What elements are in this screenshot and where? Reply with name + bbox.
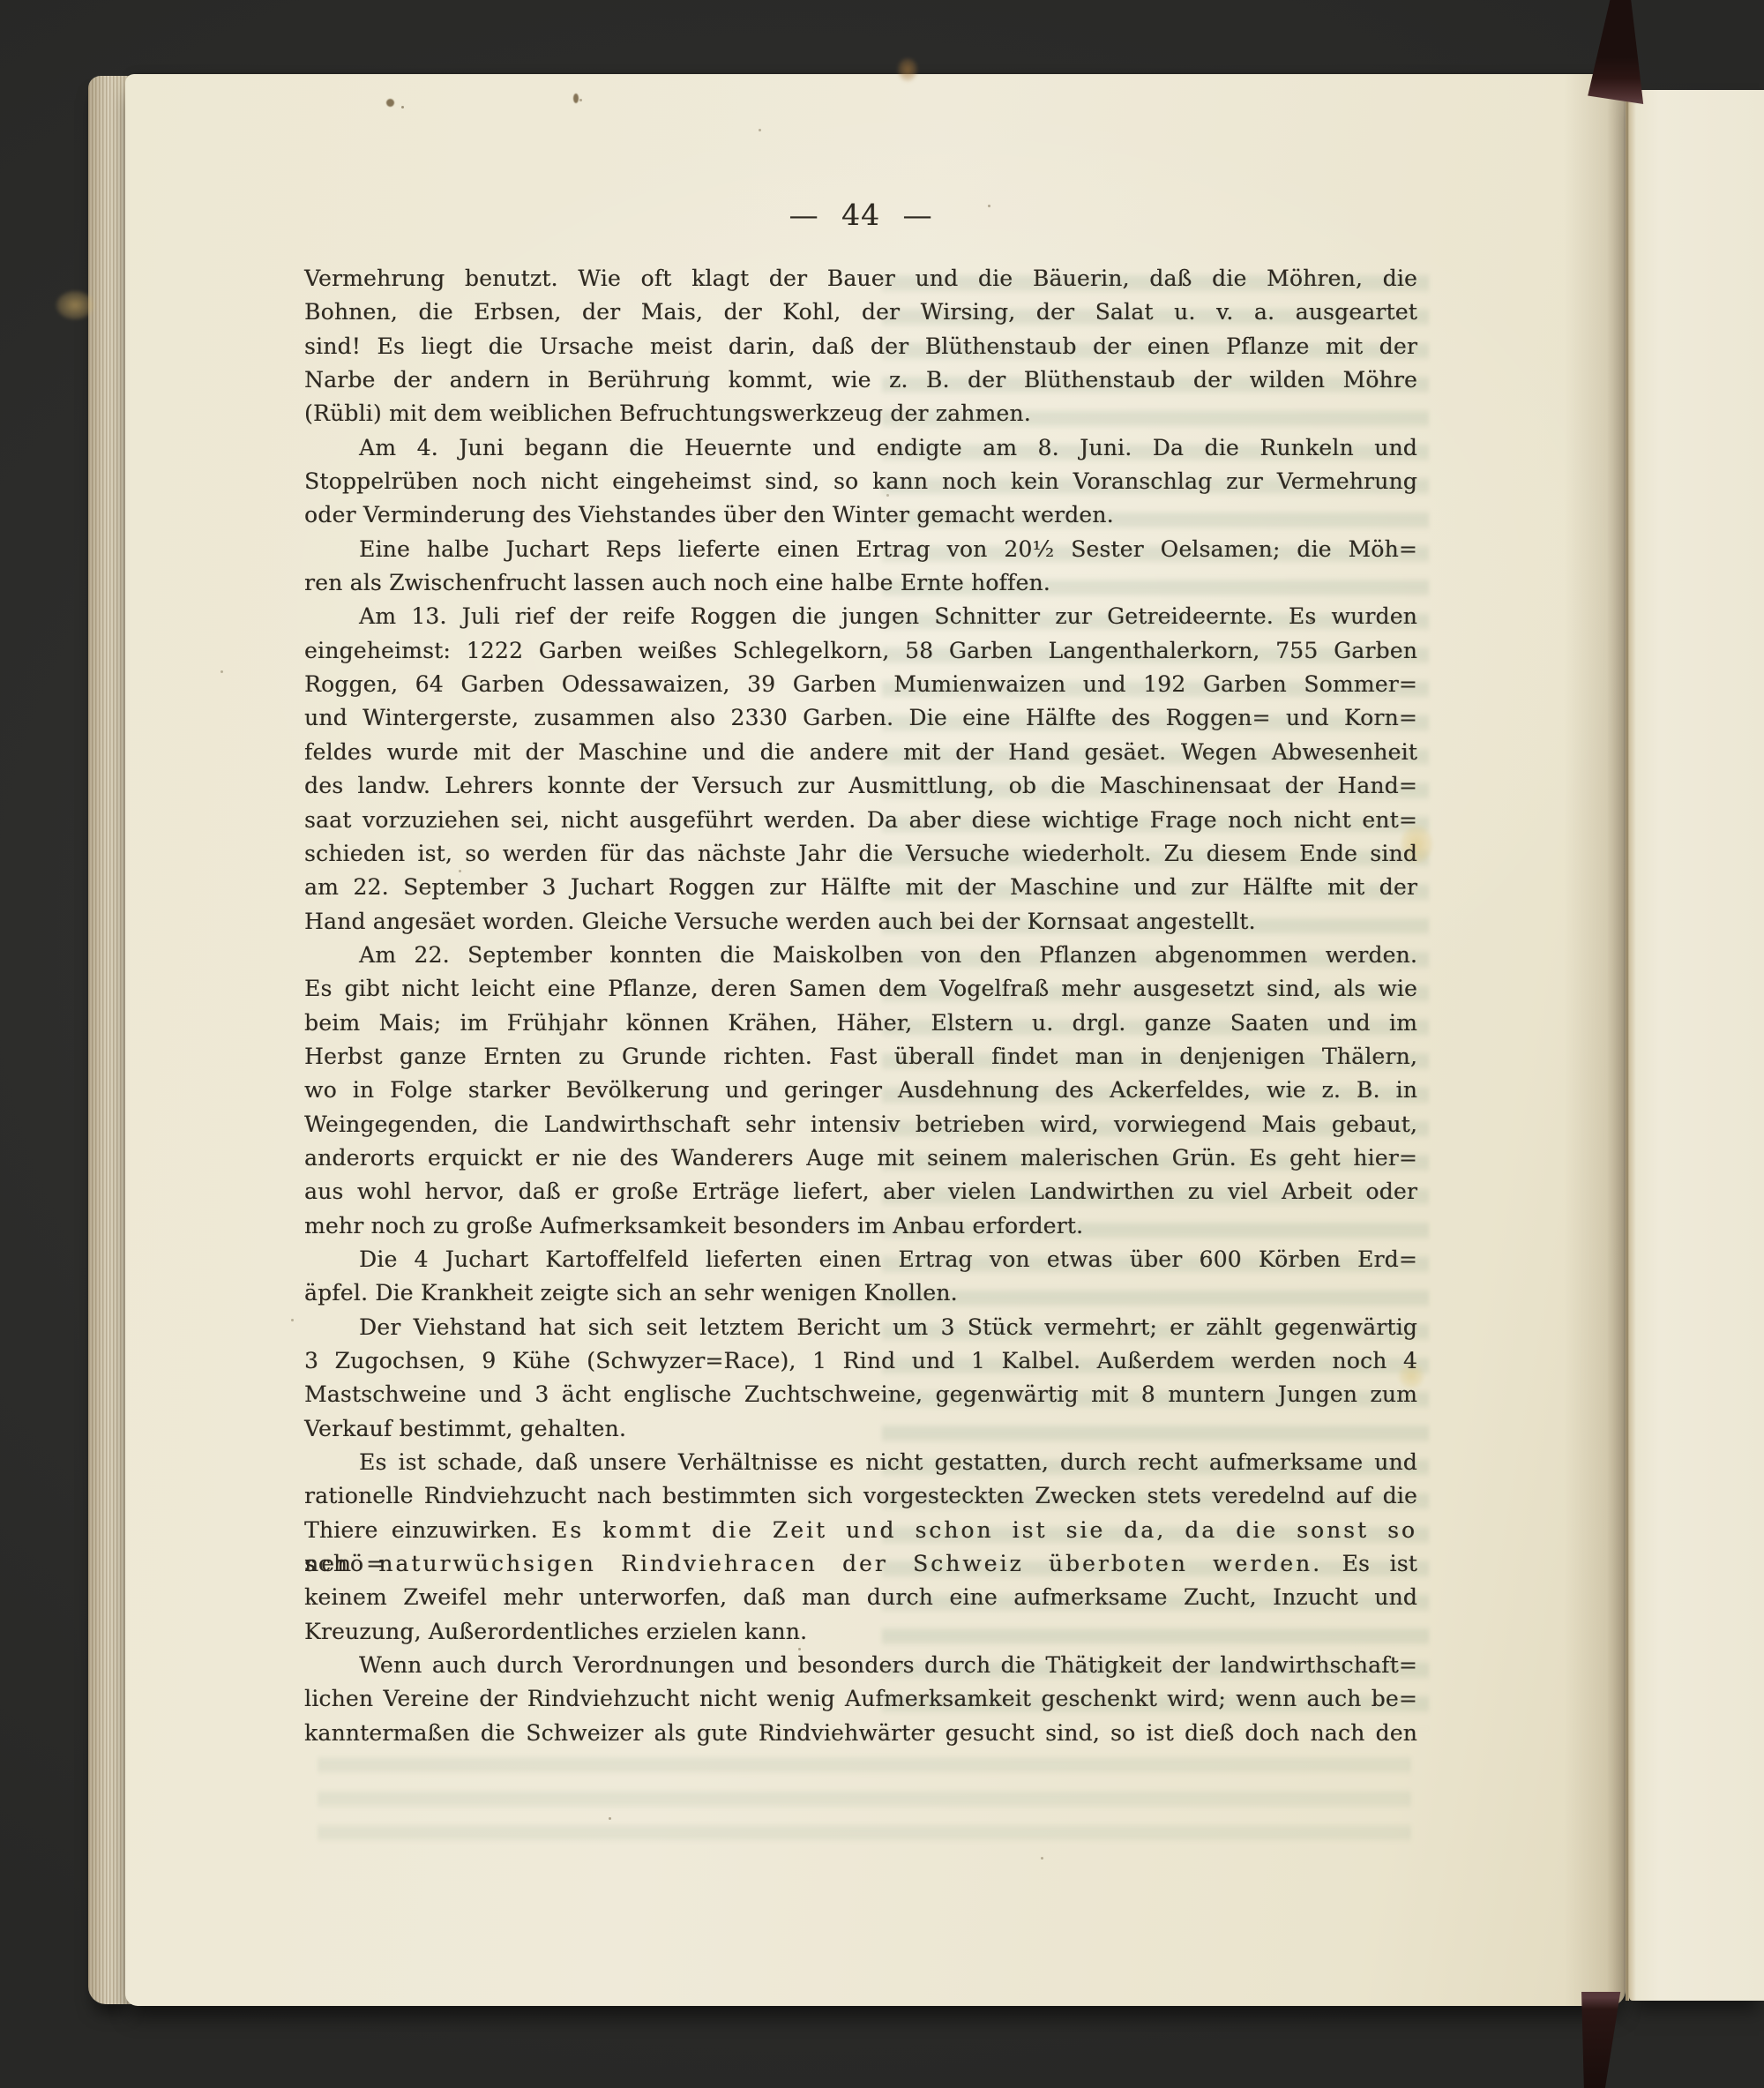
text-segment: Am 13. Juli rief der reife Roggen die ju… <box>359 603 1417 629</box>
letterspaced-emphasis: nen naturwüchsigen Rindviehracen der Sch… <box>304 1551 1322 1576</box>
text-line: Stoppelrüben noch nicht eingeheimst sind… <box>304 465 1417 498</box>
text-line: Vermehrung benutzt. Wie oft klagt der Ba… <box>304 262 1417 296</box>
text-line: äpfel. Die Krankheit zeigte sich an sehr… <box>304 1276 1417 1310</box>
text-line: anderorts erquickt er nie des Wanderers … <box>304 1141 1417 1175</box>
text-segment: kanntermaßen die Schweizer als gute Rind… <box>304 1720 1417 1746</box>
text-segment: Eine halbe Juchart Reps lieferte einen E… <box>359 536 1417 562</box>
text-line: Roggen, 64 Garben Odessawaizen, 39 Garbe… <box>304 668 1417 701</box>
text-line: Es gibt nicht leicht eine Pflanze, deren… <box>304 972 1417 1006</box>
text-line: Es ist schade, daß unsere Verhältnisse e… <box>304 1446 1417 1479</box>
text-line: mehr noch zu große Aufmerksamkeit besond… <box>304 1209 1417 1243</box>
facing-page-sliver <box>1629 90 1764 2001</box>
text-segment: schieden ist, so werden für das nächste … <box>304 841 1417 866</box>
text-segment: Der Viehstand hat sich seit letztem Beri… <box>359 1314 1417 1340</box>
text-segment: Es ist schade, daß unsere Verhältnisse e… <box>359 1449 1417 1475</box>
text-line: feldes wurde mit der Maschine und die an… <box>304 736 1417 769</box>
page-number: — 44 — <box>304 196 1417 235</box>
text-line: am 22. September 3 Juchart Roggen zur Hä… <box>304 871 1417 904</box>
text-segment: Verkauf bestimmt, gehalten. <box>304 1416 626 1441</box>
text-segment: 3 Zugochsen, 9 Kühe (Schwyzer=Race), 1 R… <box>304 1348 1417 1373</box>
text-segment: Die 4 Juchart Kartoffelfeld lieferten ei… <box>359 1246 1417 1272</box>
text-line: Thiere einzuwirken. Es kommt die Zeit un… <box>304 1514 1417 1547</box>
text-line: Bohnen, die Erbsen, der Mais, der Kohl, … <box>304 296 1417 329</box>
text-segment: Roggen, 64 Garben Odessawaizen, 39 Garbe… <box>304 671 1417 697</box>
text-segment: keinem Zweifel mehr unterworfen, daß man… <box>304 1584 1417 1610</box>
text-segment: ren als Zwischenfrucht lassen auch noch … <box>304 570 1050 595</box>
text-segment: lichen Vereine der Rindviehzucht nicht w… <box>304 1686 1417 1711</box>
foxing-spot <box>386 99 394 107</box>
text-segment: und Wintergerste, zusammen also 2330 Gar… <box>304 705 1417 730</box>
text-line: oder Verminderung des Viehstandes über d… <box>304 498 1417 532</box>
text-line: keinem Zweifel mehr unterworfen, daß man… <box>304 1581 1417 1614</box>
text-line: beim Mais; im Frühjahr können Krähen, Hä… <box>304 1007 1417 1040</box>
text-line: Am 22. September konnten die Maiskolben … <box>304 939 1417 972</box>
dust-specks <box>401 106 404 109</box>
text-line: (Rübli) mit dem weiblichen Befruchtungsw… <box>304 397 1417 430</box>
text-segment: Es ist <box>1322 1551 1417 1576</box>
gutter-shadow <box>1564 74 1626 2006</box>
text-block: Vermehrung benutzt. Wie oft klagt der Ba… <box>304 262 1417 1750</box>
text-line: des landw. Lehrers konnte der Versuch zu… <box>304 769 1417 803</box>
text-segment: beim Mais; im Frühjahr können Krähen, Hä… <box>304 1010 1417 1036</box>
text-line: Am 4. Juni begann die Heuernte und endig… <box>304 431 1417 465</box>
text-line: nen naturwüchsigen Rindviehracen der Sch… <box>304 1547 1417 1581</box>
text-line: Kreuzung, Außerordentliches erzielen kan… <box>304 1615 1417 1649</box>
text-segment: feldes wurde mit der Maschine und die an… <box>304 739 1417 765</box>
bleed-through-texture <box>318 1747 1411 1852</box>
text-segment: Weingegenden, die Landwirthschaft sehr i… <box>304 1111 1417 1137</box>
text-segment: Thiere einzuwirken. <box>304 1517 551 1543</box>
text-line: Wenn auch durch Verordnungen und besonde… <box>304 1649 1417 1682</box>
text-segment: des landw. Lehrers konnte der Versuch zu… <box>304 773 1417 798</box>
text-segment: am 22. September 3 Juchart Roggen zur Hä… <box>304 874 1417 900</box>
text-line: sind! Es liegt die Ursache meist darin, … <box>304 330 1417 363</box>
text-segment: anderorts erquickt er nie des Wanderers … <box>304 1145 1417 1171</box>
text-line: Die 4 Juchart Kartoffelfeld lieferten ei… <box>304 1243 1417 1276</box>
text-segment: aus wohl hervor, daß er große Erträge li… <box>304 1179 1417 1204</box>
text-segment: Herbst ganze Ernten zu Grunde richten. F… <box>304 1044 1417 1069</box>
text-segment: rationelle Rindviehzucht nach bestimmten… <box>304 1483 1417 1508</box>
text-line: Herbst ganze Ernten zu Grunde richten. F… <box>304 1040 1417 1074</box>
text-line: Narbe der andern in Berührung kommt, wie… <box>304 363 1417 397</box>
text-segment: Kreuzung, Außerordentliches erzielen kan… <box>304 1619 807 1644</box>
text-line: ren als Zwischenfrucht lassen auch noch … <box>304 566 1417 600</box>
text-segment: Stoppelrüben noch nicht eingeheimst sind… <box>304 468 1417 494</box>
text-segment: Am 4. Juni begann die Heuernte und endig… <box>359 435 1417 460</box>
text-segment: sind! Es liegt die Ursache meist darin, … <box>304 333 1417 359</box>
text-segment: Narbe der andern in Berührung kommt, wie… <box>304 367 1417 393</box>
text-segment: Bohnen, die Erbsen, der Mais, der Kohl, … <box>304 299 1417 325</box>
text-line: eingeheimst: 1222 Garben weißes Schlegel… <box>304 634 1417 668</box>
foxing-spot <box>898 58 917 81</box>
text-line: Der Viehstand hat sich seit letztem Beri… <box>304 1311 1417 1344</box>
text-line: Am 13. Juli rief der reife Roggen die ju… <box>304 600 1417 633</box>
text-line: kanntermaßen die Schweizer als gute Rind… <box>304 1717 1417 1750</box>
text-segment: eingeheimst: 1222 Garben weißes Schlegel… <box>304 638 1417 663</box>
gutter-crease <box>1626 90 1629 2001</box>
text-line: Hand angesäet worden. Gleiche Versuche w… <box>304 905 1417 939</box>
text-line: und Wintergerste, zusammen also 2330 Gar… <box>304 701 1417 735</box>
text-line: Eine halbe Juchart Reps lieferte einen E… <box>304 533 1417 566</box>
text-line: Mastschweine und 3 ächt englische Zuchts… <box>304 1378 1417 1411</box>
text-segment: Am 22. September konnten die Maiskolben … <box>359 942 1417 968</box>
text-segment: äpfel. Die Krankheit zeigte sich an sehr… <box>304 1280 958 1306</box>
text-segment: Vermehrung benutzt. Wie oft klagt der Ba… <box>304 266 1417 291</box>
text-line: Weingegenden, die Landwirthschaft sehr i… <box>304 1108 1417 1141</box>
text-line: schieden ist, so werden für das nächste … <box>304 837 1417 871</box>
text-segment: saat vorzuziehen sei, nicht ausgeführt w… <box>304 807 1417 833</box>
text-segment: Wenn auch durch Verordnungen und besonde… <box>359 1652 1417 1678</box>
text-line: lichen Vereine der Rindviehzucht nicht w… <box>304 1682 1417 1716</box>
text-segment: wo in Folge starker Bevölkerung und geri… <box>304 1077 1417 1103</box>
text-segment: Es gibt nicht leicht eine Pflanze, deren… <box>304 976 1417 1001</box>
text-segment: mehr noch zu große Aufmerksamkeit besond… <box>304 1213 1083 1239</box>
text-line: wo in Folge starker Bevölkerung und geri… <box>304 1074 1417 1107</box>
foxing-spot <box>56 291 93 319</box>
text-line: Verkauf bestimmt, gehalten. <box>304 1412 1417 1446</box>
text-segment: Mastschweine und 3 ächt englische Zuchts… <box>304 1381 1417 1407</box>
text-line: saat vorzuziehen sei, nicht ausgeführt w… <box>304 804 1417 837</box>
text-line: aus wohl hervor, daß er große Erträge li… <box>304 1175 1417 1209</box>
text-line: 3 Zugochsen, 9 Kühe (Schwyzer=Race), 1 R… <box>304 1344 1417 1378</box>
text-line: rationelle Rindviehzucht nach bestimmten… <box>304 1479 1417 1513</box>
text-segment: Hand angesäet worden. Gleiche Versuche w… <box>304 909 1256 934</box>
text-segment: (Rübli) mit dem weiblichen Befruchtungsw… <box>304 400 1031 426</box>
text-segment: oder Verminderung des Viehstandes über d… <box>304 502 1114 528</box>
foxing-spot <box>573 94 579 103</box>
